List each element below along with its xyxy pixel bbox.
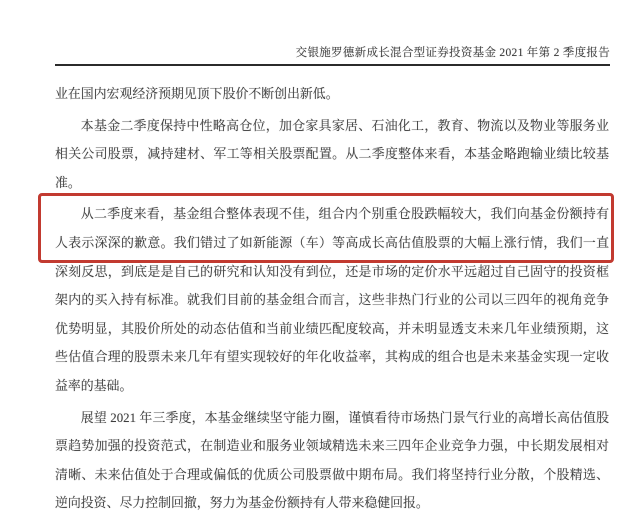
text-line: 本基金二季度保持中性略高仓位，加仓家具家居、石油化工，教育、物流以及物业等服务业 <box>55 112 609 141</box>
paragraph-position-adjustment: 本基金二季度保持中性略高仓位，加仓家具家居、石油化工，教育、物流以及物业等服务业… <box>55 112 609 198</box>
text-line: 人表示深深的歉意。我们错过了如新能源（车）等高成长高估值股票的大幅上涨行情，我们… <box>55 229 609 258</box>
report-page: 交银施罗德新成长混合型证券投资基金 2021 年第 2 季度报告 业在国内宏观经… <box>0 0 640 531</box>
text-line: 益率的基础。 <box>55 372 609 401</box>
text-line: 清晰、未来估值处于合理或偏低的优质公司股票做中期布局。我们将坚持行业分散，个股精… <box>55 461 609 490</box>
text-line: 准。 <box>55 169 609 198</box>
text-line: 从二季度来看，基金组合整体表现不佳，组合内个别重仓股跌幅较大，我们向基金份额持有 <box>55 200 609 229</box>
document-body: 业在国内宏观经济预期见顶下股价不断创出新低。本基金二季度保持中性略高仓位，加仓家… <box>55 80 609 521</box>
text-line: 深刻反思，到底是是自己的研究和认知没有到位，还是市场的定价水平远超过自己固守的投… <box>55 258 609 287</box>
text-line: 业在国内宏观经济预期见顶下股价不断创出新低。 <box>55 80 609 109</box>
text-line: 相关公司股票，减持建材、军工等相关股票配置。从二季度整体来看，本基金略跑输业绩比… <box>55 140 609 169</box>
paragraph-continuation: 业在国内宏观经济预期见顶下股价不断创出新低。 <box>55 80 609 109</box>
paragraph-apology: 从二季度来看，基金组合整体表现不佳，组合内个别重仓股跌幅较大，我们向基金份额持有… <box>55 200 609 400</box>
report-header-title: 交银施罗德新成长混合型证券投资基金 2021 年第 2 季度报告 <box>55 46 610 66</box>
text-line: 逆向投资、尽力控制回撤，努力为基金份额持有人带来稳健回报。 <box>55 489 609 518</box>
text-line: 优势明显，其股价所处的动态估值和当前业绩匹配度较高，并未明显透支未来几年业绩预期… <box>55 315 609 344</box>
paragraph-outlook: 展望 2021 年三季度，本基金继续坚守能力圈，谨慎看待市场热门景气行业的高增长… <box>55 404 609 518</box>
text-line: 展望 2021 年三季度，本基金继续坚守能力圈，谨慎看待市场热门景气行业的高增长… <box>55 404 609 433</box>
text-line: 些估值合理的股票未来几年有望实现较好的年化收益率，其构成的组合也是未来基金实现一… <box>55 343 609 372</box>
text-line: 架内的买入持有标准。就我们目前的基金组合而言，这些非热门行业的公司以三四年的视角… <box>55 286 609 315</box>
text-line: 票趋势加强的投资范式，在制造业和服务业领域精选未来三四年企业竞争力强，中长期发展… <box>55 432 609 461</box>
